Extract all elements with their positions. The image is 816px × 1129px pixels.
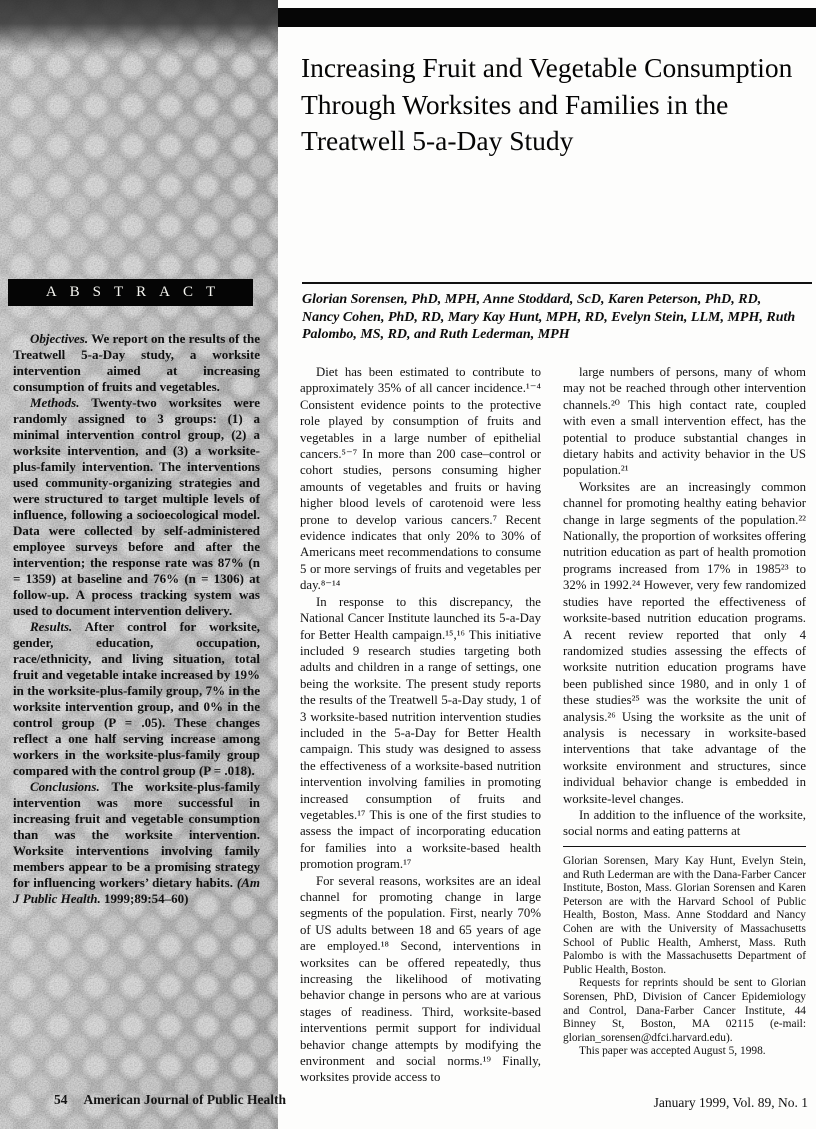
author-byline: Glorian Sorensen, PhD, MPH, Anne Stoddar… (302, 291, 800, 344)
abstract-methods-label: Methods. (30, 395, 79, 410)
abstract-results: Results. After control for worksite, gen… (13, 619, 260, 779)
header-rule-bar (278, 8, 816, 27)
abstract-citation-rest: 1999;89:54–60) (104, 891, 189, 906)
abstract-methods: Methods. Twenty-two worksites were rando… (13, 395, 260, 619)
abstract-results-text: After control for worksite, gender, educ… (13, 619, 260, 778)
sidebar-top-shade (0, 0, 278, 52)
abstract-methods-text: Twenty-two worksites were randomly assig… (13, 395, 260, 618)
affiliations-footnote: Glorian Sorensen, Mary Kay Hunt, Evelyn … (563, 846, 806, 1059)
abstract-objectives-label: Objectives. (30, 331, 88, 346)
authors-divider (302, 282, 812, 284)
body-column-2: large numbers of persons, many of whom m… (563, 364, 806, 840)
abstract-conclusions: Conclusions. The worksite-plus-family in… (13, 779, 260, 907)
journal-page: ABSTRACT Objectives. We report on the re… (0, 0, 816, 1129)
footer-issue-line: January 1999, Vol. 89, No. 1 (508, 1095, 808, 1111)
body-column-1: Diet has been estimated to contribute to… (300, 364, 541, 1086)
reprints-text: Requests for reprints should be sent to … (563, 977, 806, 1045)
abstract-objectives: Objectives. We report on the results of … (13, 331, 260, 395)
abstract-heading: ABSTRACT (8, 279, 253, 306)
abstract-results-label: Results. (30, 619, 72, 634)
body-paragraph: Worksites are an increasingly common cha… (563, 479, 806, 807)
body-paragraph: For several reasons, worksites are an id… (300, 873, 541, 1086)
abstract-text-block: Objectives. We report on the results of … (13, 331, 260, 907)
affiliations-text: Glorian Sorensen, Mary Kay Hunt, Evelyn … (563, 855, 806, 977)
body-paragraph: In response to this discrepancy, the Nat… (300, 594, 541, 873)
abstract-conclusions-label: Conclusions. (30, 779, 100, 794)
page-number: 54 (54, 1092, 68, 1107)
accepted-date-text: This paper was accepted August 5, 1998. (563, 1045, 806, 1059)
body-paragraph: In addition to the influence of the work… (563, 807, 806, 840)
journal-name: American Journal of Public Health (84, 1092, 287, 1107)
body-paragraph: Diet has been estimated to contribute to… (300, 364, 541, 594)
footer-left: 54American Journal of Public Health (54, 1092, 294, 1108)
article-title: Increasing Fruit and Vegetable Consumpti… (301, 50, 803, 160)
body-paragraph: large numbers of persons, many of whom m… (563, 364, 806, 479)
abstract-conclusions-text: The worksite-plus-family intervention wa… (13, 779, 260, 890)
